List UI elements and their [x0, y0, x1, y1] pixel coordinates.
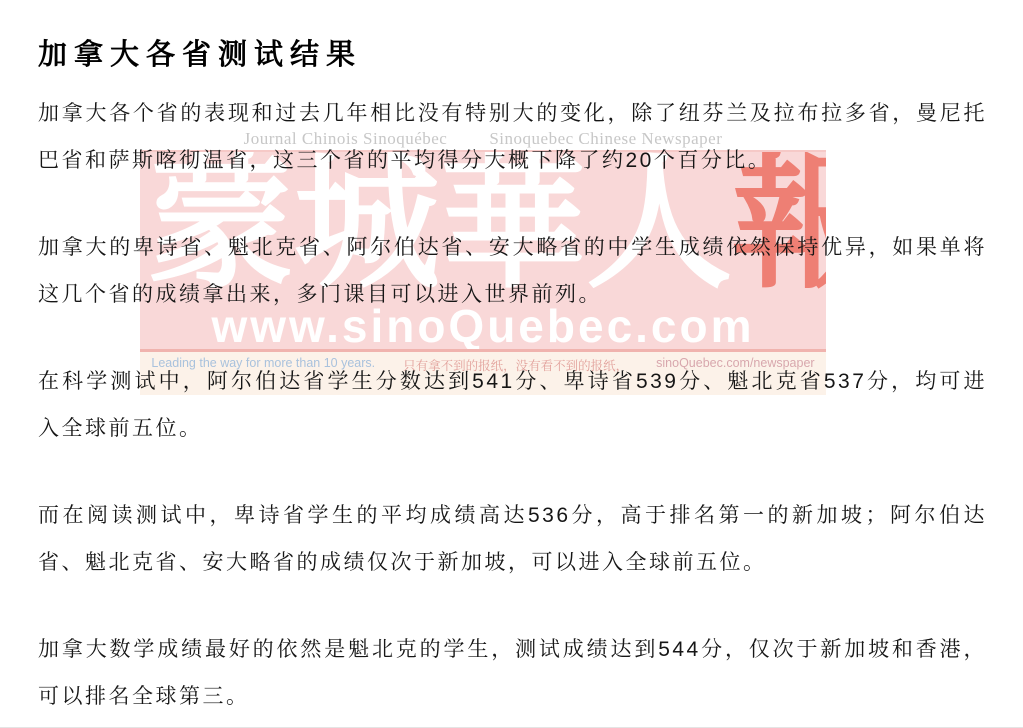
article-paragraph: 在科学测试中，阿尔伯达省学生分数达到541分、卑诗省539分、魁北克省537分，…	[38, 358, 987, 452]
article-paragraph: 加拿大的卑诗省、魁北克省、阿尔伯达省、安大略省的中学生成绩依然保持优异，如果单将…	[38, 224, 987, 318]
article-paragraph: 加拿大各个省的表现和过去几年相比没有特别大的变化，除了纽芬兰及拉布拉多省，曼尼托…	[38, 90, 987, 184]
article-paragraph: 而在阅读测试中，卑诗省学生的平均成绩高达536分，高于排名第一的新加坡；阿尔伯达…	[38, 492, 987, 586]
article-paragraph: 加拿大数学成绩最好的依然是魁北克的学生，测试成绩达到544分，仅次于新加坡和香港…	[38, 626, 987, 720]
page-title: 加拿大各省测试结果	[38, 34, 987, 76]
article-content: 加拿大各省测试结果 加拿大各个省的表现和过去几年相比没有特别大的变化，除了纽芬兰…	[38, 0, 987, 720]
article-page: Journal Chinois Sinoquébec Sinoquebec Ch…	[0, 0, 1023, 728]
